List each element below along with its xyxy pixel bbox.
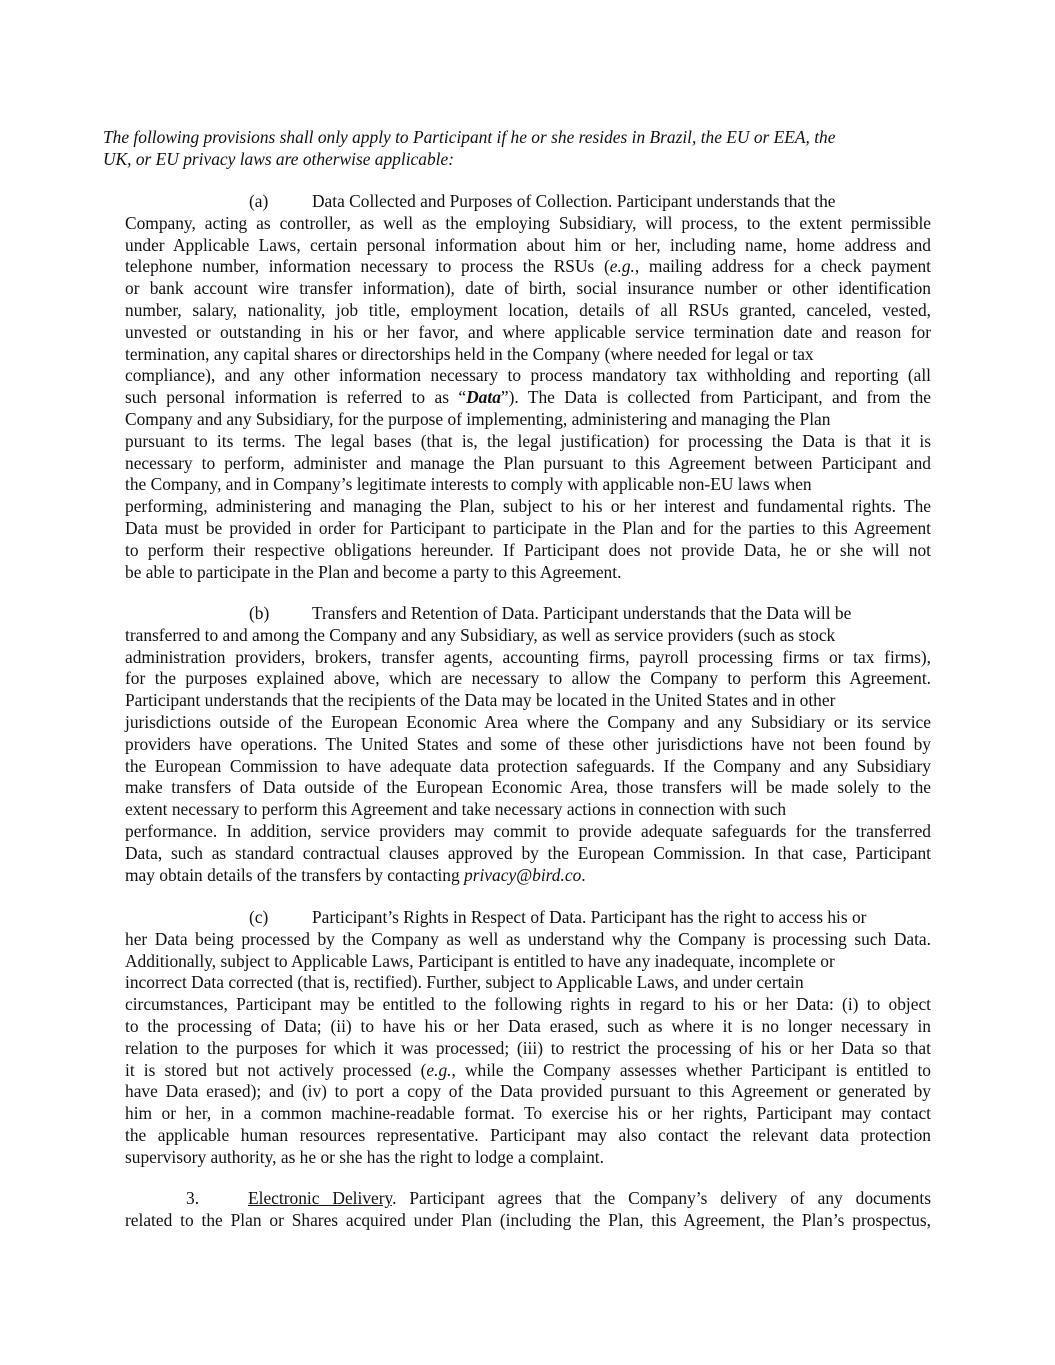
text-segment: , mailing address for a check payment	[635, 256, 931, 276]
text-line: such personal information is referred to…	[125, 387, 931, 409]
text-line: unvested or outstanding in his or her fa…	[125, 322, 931, 344]
section-b-heading-line: (b)Transfers and Retention of Data. Part…	[125, 603, 931, 625]
eg-italic: e.g.	[610, 256, 635, 276]
applicability-intro: The following provisions shall only appl…	[103, 127, 933, 171]
section-b-transfers-retention: (b)Transfers and Retention of Data. Part…	[125, 603, 931, 886]
text-line: relation to the purposes for which it wa…	[125, 1038, 931, 1060]
text-line: may obtain details of the transfers by c…	[125, 865, 931, 887]
text-line: or bank account wire transfer informatio…	[125, 278, 931, 300]
text-segment: . Participant agrees that the Company’s …	[392, 1188, 931, 1208]
text-line: compliance), and any other information n…	[125, 365, 931, 387]
section-c-marker: (c)	[249, 907, 312, 929]
section-a-data-collected: (a)Data Collected and Purposes of Collec…	[125, 191, 931, 583]
section-b-marker: (b)	[249, 603, 312, 625]
section-a-heading: Data Collected and Purposes of Collectio…	[312, 191, 836, 211]
text-line: be able to participate in the Plan and b…	[125, 562, 931, 584]
intro-line: The following provisions shall only appl…	[103, 127, 933, 149]
text-line: the Company, and in Company’s legitimate…	[125, 474, 931, 496]
section-3-number: 3.	[186, 1188, 248, 1210]
text-line: number, salary, nationality, job title, …	[125, 300, 931, 322]
section-c-heading: Participant’s Rights in Respect of Data.…	[312, 907, 866, 927]
text-line: him or her, in a common machine-readable…	[125, 1103, 931, 1125]
text-line: her Data being processed by the Company …	[125, 929, 931, 951]
text-line: to perform their respective obligations …	[125, 540, 931, 562]
text-line: to the processing of Data; (ii) to have …	[125, 1016, 931, 1038]
defined-term-data: Data	[466, 387, 501, 407]
text-line: incorrect Data corrected (that is, recti…	[125, 972, 931, 994]
text-line: administration providers, brokers, trans…	[125, 647, 931, 669]
text-line: Company, acting as controller, as well a…	[125, 213, 931, 235]
text-line: Data must be provided in order for Parti…	[125, 518, 931, 540]
text-segment: telephone number, information necessary …	[125, 256, 610, 276]
section-a-heading-line: (a)Data Collected and Purposes of Collec…	[125, 191, 931, 213]
text-line: telephone number, information necessary …	[125, 256, 931, 278]
text-line: transferred to and among the Company and…	[125, 625, 931, 647]
text-line: extent necessary to perform this Agreeme…	[125, 799, 931, 821]
text-line: performance. In addition, service provid…	[125, 821, 931, 843]
section-3-heading-line: 3.Electronic Delivery. Participant agree…	[125, 1188, 931, 1210]
text-line: circumstances, Participant may be entitl…	[125, 994, 931, 1016]
section-c-participant-rights: (c)Participant’s Rights in Respect of Da…	[125, 907, 931, 1169]
text-line: make transfers of Data outside of the Eu…	[125, 777, 931, 799]
text-segment: , while the Company assesses whether Par…	[452, 1060, 931, 1080]
text-line: for the purposes explained above, which …	[125, 668, 931, 690]
text-segment: may obtain details of the transfers by c…	[125, 865, 464, 885]
text-line: performing, administering and managing t…	[125, 496, 931, 518]
text-line: have Data erased); and (iv) to port a co…	[125, 1081, 931, 1103]
section-b-heading: Transfers and Retention of Data. Partici…	[312, 603, 851, 623]
privacy-email-link[interactable]: privacy@bird.co	[464, 865, 581, 885]
section-c-heading-line: (c)Participant’s Rights in Respect of Da…	[125, 907, 931, 929]
text-line: Participant understands that the recipie…	[125, 690, 931, 712]
text-line: Data, such as standard contractual claus…	[125, 843, 931, 865]
text-line: it is stored but not actively processed …	[125, 1060, 931, 1082]
text-line: jurisdictions outside of the European Ec…	[125, 712, 931, 734]
text-line: Additionally, subject to Applicable Laws…	[125, 951, 931, 973]
text-line: providers have operations. The United St…	[125, 734, 931, 756]
section-a-marker: (a)	[249, 191, 312, 213]
text-line: the applicable human resources represent…	[125, 1125, 931, 1147]
text-line: pursuant to its terms. The legal bases (…	[125, 431, 931, 453]
text-line: supervisory authority, as he or she has …	[125, 1147, 931, 1169]
text-line: the European Commission to have adequate…	[125, 756, 931, 778]
text-segment: it is stored but not actively processed …	[125, 1060, 426, 1080]
intro-line: UK, or EU privacy laws are otherwise app…	[103, 149, 933, 171]
section-3-electronic-delivery: 3.Electronic Delivery. Participant agree…	[125, 1188, 931, 1232]
section-3-title: Electronic Delivery	[248, 1188, 392, 1208]
text-line: necessary to perform, administer and man…	[125, 453, 931, 475]
text-line: termination, any capital shares or direc…	[125, 344, 931, 366]
text-segment: .	[581, 865, 585, 885]
text-line: under Applicable Laws, certain personal …	[125, 235, 931, 257]
document-page: The following provisions shall only appl…	[0, 0, 1055, 1365]
eg-italic: e.g.	[426, 1060, 451, 1080]
text-segment: ”). The Data is collected from Participa…	[501, 387, 931, 407]
text-segment: such personal information is referred to…	[125, 387, 466, 407]
text-line: related to the Plan or Shares acquired u…	[125, 1210, 931, 1232]
text-line: Company and any Subsidiary, for the purp…	[125, 409, 931, 431]
